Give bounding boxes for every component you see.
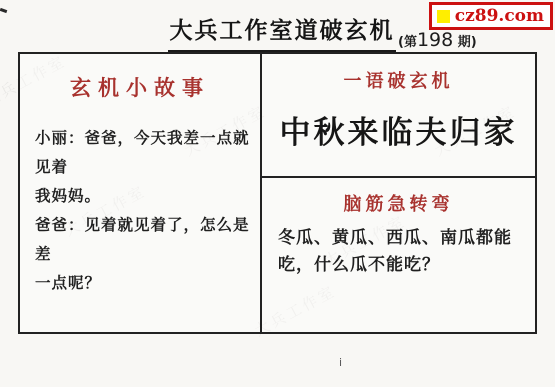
page-title: 大兵工作室道破玄机 [168, 12, 396, 52]
content-table: 玄机小故事 小丽：爸爸，今天我差一点就见着 我妈妈。 爸爸：见着就见着了，怎么是… [18, 52, 537, 334]
story-line: 一点呢？ [35, 269, 250, 298]
site-logo[interactable]: cz89.com [429, 2, 553, 30]
edge-smudge [0, 8, 7, 13]
story-line: 我妈妈。 [35, 182, 250, 211]
teaser-text: 冬瓜、黄瓜、西瓜、南瓜都能 吃，什么瓜不能吃？ [278, 225, 523, 279]
story-text: 小丽：爸爸，今天我差一点就见着 我妈妈。 爸爸：见着就见着了，怎么是差 一点呢？ [35, 124, 250, 298]
story-section: 玄机小故事 小丽：爸爸，今天我差一点就见着 我妈妈。 爸爸：见着就见着了，怎么是… [20, 54, 262, 332]
issue-number: 198 [417, 29, 453, 51]
mystery-section-title: 一语破玄机 [262, 67, 535, 93]
mystery-section: 一语破玄机 中秋来临夫归家 [262, 54, 535, 178]
issue-prefix: (第 [398, 35, 417, 50]
lottery-mystery-sheet: 大兵工作室 大兵工作室 大兵工作室 大兵工作室 大兵工作室 大兵工作室 大兵工作… [0, 0, 555, 387]
story-line: 爸爸：见着就见着了，怎么是差 [35, 211, 250, 269]
site-logo-text: cz89.com [455, 6, 544, 26]
teaser-section-title: 脑筋急转弯 [262, 190, 535, 216]
logo-square-icon [437, 10, 450, 23]
right-column: 一语破玄机 中秋来临夫归家 脑筋急转弯 冬瓜、黄瓜、西瓜、南瓜都能 吃，什么瓜不… [262, 54, 535, 332]
issue-suffix: 期) [458, 35, 477, 50]
mystery-phrase: 中秋来临夫归家 [262, 107, 535, 152]
teaser-line: 吃，什么瓜不能吃？ [278, 252, 523, 279]
teaser-section: 脑筋急转弯 冬瓜、黄瓜、西瓜、南瓜都能 吃，什么瓜不能吃？ [262, 178, 535, 332]
story-line: 小丽：爸爸，今天我差一点就见着 [35, 124, 250, 182]
story-section-title: 玄机小故事 [20, 72, 260, 102]
issue-number-line: (第198 期) [398, 29, 476, 51]
page-footer-mark: i [339, 356, 342, 369]
teaser-line: 冬瓜、黄瓜、西瓜、南瓜都能 [278, 225, 523, 252]
